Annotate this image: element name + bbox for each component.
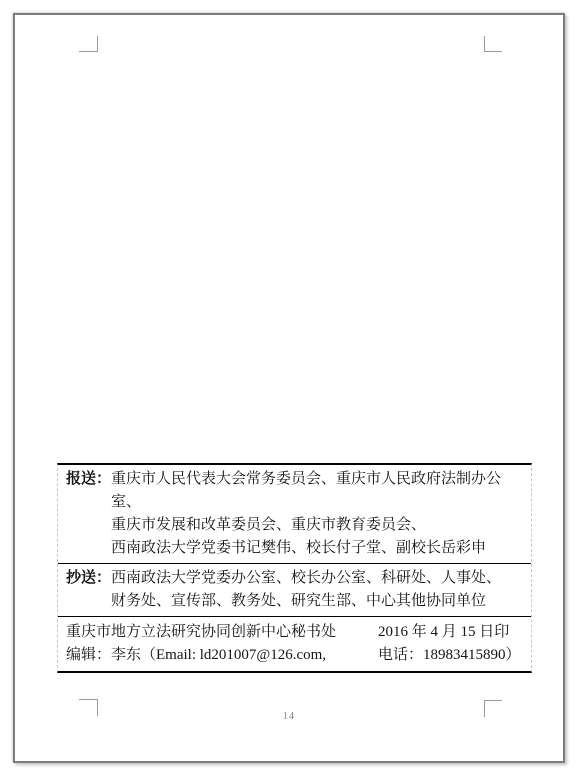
dispatch-table: 报送： 重庆市人民代表大会常务委员会、重庆市人民政府法制办公室、 重庆市发展和改… bbox=[57, 463, 532, 673]
crop-mark-top-left-icon bbox=[79, 36, 98, 52]
table-row-submitted-to: 报送： 重庆市人民代表大会常务委员会、重庆市人民政府法制办公室、 重庆市发展和改… bbox=[58, 465, 531, 563]
phone-text: 电话：18983415890） bbox=[378, 644, 525, 667]
table-row-footer: 重庆市地方立法研究协同创新中心秘书处 2016 年 4 月 15 日印 编辑：李… bbox=[58, 616, 531, 671]
submitted-to-label: 报送： bbox=[66, 468, 111, 560]
page-number: 14 bbox=[15, 711, 563, 722]
copied-to-label: 抄送： bbox=[66, 567, 111, 613]
table-row-copied-to: 抄送： 西南政法大学党委办公室、校长办公室、科研处、人事处、 财务处、宣传部、教… bbox=[58, 563, 531, 616]
copied-to-content: 西南政法大学党委办公室、校长办公室、科研处、人事处、 财务处、宣传部、教务处、研… bbox=[111, 567, 525, 613]
issuer-text: 重庆市地方立法研究协同创新中心秘书处 bbox=[66, 621, 378, 644]
document-canvas: 报送： 重庆市人民代表大会常务委员会、重庆市人民政府法制办公室、 重庆市发展和改… bbox=[0, 0, 579, 780]
submitted-to-content: 重庆市人民代表大会常务委员会、重庆市人民政府法制办公室、 重庆市发展和改革委员会… bbox=[111, 468, 525, 560]
print-date-text: 2016 年 4 月 15 日印 bbox=[378, 621, 525, 644]
crop-mark-top-right-icon bbox=[484, 36, 502, 52]
document-page: 报送： 重庆市人民代表大会常务委员会、重庆市人民政府法制办公室、 重庆市发展和改… bbox=[13, 13, 565, 763]
editor-text: 编辑：李东（Email: ld201007@126.com, bbox=[66, 644, 378, 667]
